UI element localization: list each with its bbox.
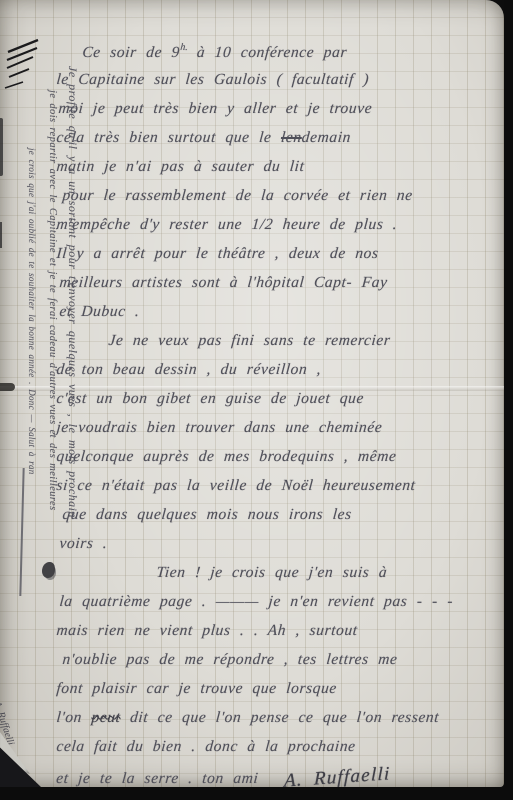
text-segment: Tien ! je crois que j'en suis à: [156, 564, 388, 581]
text-segment: et je te la serre . ton ami: [56, 770, 260, 787]
text-segment: n'oublie pas de me répondre , tes lettre…: [62, 651, 399, 668]
edge-mark: [0, 118, 3, 176]
letter-line: je voudrais bien trouver dans une chemin…: [55, 419, 488, 448]
letter-line: moi je peut très bien y aller et je trou…: [55, 100, 488, 129]
text-segment: de ton beau dessin , du réveillon ,: [56, 361, 322, 378]
letter-line: cela fait du bien . donc à la prochaine: [55, 738, 488, 767]
letter-line: et Dubuc .: [55, 303, 488, 332]
fold-crease-notch: [0, 383, 15, 391]
text-segment: mais rien ne vient plus . . Ah , surtout: [56, 622, 359, 639]
letter-line: de ton beau dessin , du réveillon ,: [55, 361, 488, 390]
text-segment: moi je peut très bien y aller et je trou…: [58, 100, 373, 117]
corner-hatch-marks: [2, 30, 44, 96]
margin-note: Je profite qu'il y a un sortant pour t'e…: [65, 66, 80, 696]
text-segment: Il y a arrêt pour le théâtre , deux de n…: [56, 245, 380, 262]
text-segment: l'on: [56, 709, 92, 726]
text-segment: je voudrais bien trouver dans une chemin…: [56, 419, 383, 436]
struck-word: peut: [91, 709, 122, 726]
letter-line: Ce soir de 9h. à 10 conférence par: [55, 42, 488, 71]
letter-line: l'on peut dit ce que l'on pense ce que l…: [55, 709, 488, 738]
text-segment: Je ne veux pas fini sans te remercier: [108, 332, 392, 349]
text-segment: m'empêche d'y rester une 1/2 heure de pl…: [56, 216, 398, 233]
letter-line: meilleurs artistes sont à l'hôpital Capt…: [55, 274, 488, 303]
text-segment: c'est un bon gibet en guise de jouet que: [56, 390, 365, 407]
letter-line: Tien ! je crois que j'en suis à: [55, 564, 488, 593]
text-segment: dit ce que l'on pense ce que l'on ressen…: [120, 709, 440, 726]
letter-line: font plaisir car je trouve que lorsque: [55, 680, 488, 709]
text-segment: meilleurs artistes sont à l'hôpital Capt…: [59, 274, 389, 291]
text-segment: font plaisir car je trouve que lorsque: [56, 680, 338, 697]
scanned-letter-page: Ce soir de 9h. à 10 conférence parle Cap…: [0, 0, 513, 800]
text-segment: cela fait du bien . donc à la prochaine: [56, 738, 357, 755]
margin-note: je dois repartir avec le Capitaine et je…: [47, 90, 58, 708]
letter-line: m'empêche d'y rester une 1/2 heure de pl…: [55, 216, 488, 245]
letter-line: Il y a arrêt pour le théâtre , deux de n…: [55, 245, 488, 274]
text-segment: le Capitaine sur les Gaulois ( facultati…: [56, 71, 370, 88]
margin-note: je crois que j'ai oublié de te souhaiter…: [27, 148, 37, 653]
text-segment: quelconque auprès de mes brodequins , mê…: [56, 448, 398, 465]
text-segment: demain: [301, 129, 352, 146]
letter-line: matin je n'ai pas à sauter du lit: [55, 158, 488, 187]
letter-body: Ce soir de 9h. à 10 conférence parle Cap…: [56, 42, 486, 796]
letter-line: la quatrième page . ——— je n'en revient …: [55, 593, 488, 622]
letter-line: le Capitaine sur les Gaulois ( facultati…: [55, 71, 488, 100]
edge-mark: [0, 222, 2, 248]
scan-edge-bottom: [0, 787, 513, 800]
letter-line: si ce n'était pas la veille de Noël heur…: [55, 477, 488, 506]
letter-line: quelconque auprès de mes brodequins , mê…: [55, 448, 488, 477]
letter-line: n'oublie pas de me répondre , tes lettre…: [55, 651, 488, 680]
text-segment: matin je n'ai pas à sauter du lit: [56, 158, 305, 175]
text-segment: Ce soir de 9: [82, 44, 181, 61]
letter-line: c'est un bon gibet en guise de jouet que: [55, 390, 488, 419]
letter-line: pour le rassemblement de la corvée et ri…: [55, 187, 488, 216]
text-segment: si ce n'était pas la veille de Noël heur…: [56, 477, 417, 494]
letter-line: voirs .: [55, 535, 488, 564]
text-segment: à 10 conférence par: [187, 44, 348, 61]
letter-line: Je ne veux pas fini sans te remercier: [55, 332, 488, 361]
letter-line: que dans quelques mois nous irons les: [55, 506, 488, 535]
letter-line: mais rien ne vient plus . . Ah , surtout: [55, 622, 488, 651]
scan-edge-right: [504, 0, 513, 800]
text-segment: pour le rassemblement de la corvée et ri…: [62, 187, 414, 204]
text-segment: que dans quelques mois nous irons les: [62, 506, 353, 523]
text-segment: cela très bien surtout que le: [56, 129, 282, 146]
letter-line: cela très bien surtout que le lendemain: [55, 129, 488, 158]
struck-word: len: [280, 129, 302, 146]
text-segment: la quatrième page . ——— je n'en revient …: [59, 593, 454, 610]
